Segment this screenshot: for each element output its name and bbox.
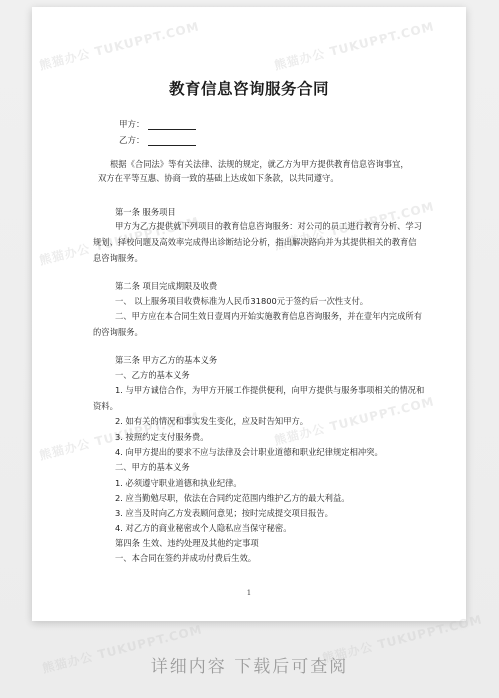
preamble-line: 双方在平等互惠、协商一致的基础上达成如下条款，以共同遵守。 [98, 173, 339, 184]
article2-item2-line: 的咨询服务。 [93, 327, 143, 338]
article4-heading: 第四条 生效、违约处理及其他约定事项 [115, 538, 259, 549]
preamble-line: 根据《合同法》等有关法律、法规的规定，就乙方为甲方提供教育信息咨询事宜， [110, 159, 409, 170]
preview-stage: 熊猫办公 TUKUPPT.COM 熊猫办公 TUKUPPT.COM 熊猫办公 T… [0, 0, 499, 698]
article2-heading: 第二条 项目完成期限及收费 [115, 281, 217, 292]
party-b-obligations-heading: 一、乙方的基本义务 [115, 370, 190, 381]
obligation-item: 4. 对乙方的商业秘密或个人隐私应当保守秘密。 [115, 523, 292, 534]
article2-item2-line: 二、甲方应在本合同生效日壹周内开始实施教育信息咨询服务，并在壹年内完成所有 [115, 311, 422, 322]
obligation-item: 资料。 [93, 401, 118, 412]
obligation-item: 3. 应当及时向乙方发表顾问意见；按时完成提交项目报告。 [115, 508, 333, 519]
party-a-label: 甲方： [119, 118, 145, 130]
party-b-label: 乙方： [119, 134, 145, 146]
obligation-item: 2. 如有关的情况和事实发生变化，应及时告知甲方。 [115, 416, 308, 427]
article1-line: 息咨询服务。 [93, 253, 143, 264]
article3-heading: 第三条 甲方乙方的基本义务 [115, 355, 217, 366]
party-b-blank [148, 137, 196, 146]
party-a-blank [148, 121, 196, 130]
party-a-field: 甲方： [119, 118, 196, 130]
article1-heading: 第一条 服务项目 [115, 207, 176, 218]
obligation-item: 1. 与甲方诚信合作，为甲方开展工作提供便利，向甲方提供与服务事项相关的情况和 [115, 385, 424, 396]
party-a-obligations-heading: 二、甲方的基本义务 [115, 462, 190, 473]
obligation-item: 4. 向甲方提出的要求不应与法律及会计职业道德和职业纪律规定相冲突。 [115, 447, 383, 458]
document-title: 教育信息咨询服务合同 [32, 77, 466, 99]
obligation-item: 3. 按照约定支付服务费。 [115, 432, 209, 443]
obligation-item: 2. 应当勤勉尽职，依法在合同约定范围内维护乙方的最大利益。 [115, 493, 350, 504]
article1-line: 甲方为乙方提供就下列项目的教育信息咨询服务：对公司的员工进行教育分析、学习 [115, 221, 422, 232]
document-page: 熊猫办公 TUKUPPT.COM 熊猫办公 TUKUPPT.COM 熊猫办公 T… [32, 7, 466, 621]
watermark: 熊猫办公 TUKUPPT.COM [37, 17, 201, 73]
article4-item1: 一、本合同在签约并成功付费后生效。 [115, 553, 256, 564]
download-hint: 详细内容 下载后可查阅 [0, 652, 499, 677]
party-b-field: 乙方： [119, 134, 196, 146]
watermark: 熊猫办公 TUKUPPT.COM [272, 17, 436, 73]
article1-line: 规划、择校问题及高效率完成得出诊断结论分析，指出解决路向并为其提供相关的教育信 [93, 237, 417, 248]
obligation-item: 1. 必须遵守职业道德和执业纪律。 [115, 478, 242, 489]
article2-item1: 一、 以上服务项目收费标准为人民币31800元于签约后一次性支付。 [115, 296, 368, 307]
page-number: 1 [32, 589, 466, 597]
